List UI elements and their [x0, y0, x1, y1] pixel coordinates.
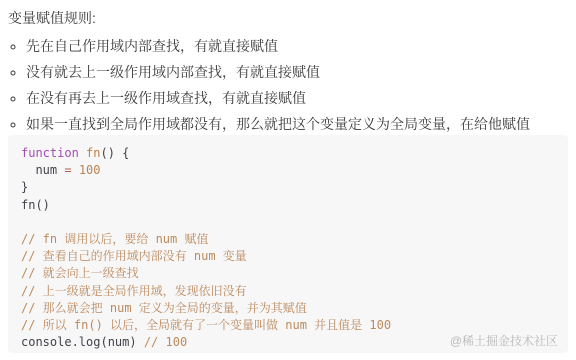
- code-token: fn: [86, 146, 100, 160]
- code-token: // 就会向上一级查找: [21, 266, 139, 280]
- code-token: =: [64, 163, 71, 177]
- code-token: () {: [100, 146, 129, 160]
- code-token: 100: [79, 163, 101, 177]
- code-line: // 查看自己的作用域内部没有 num 变量: [21, 248, 552, 265]
- list-item: 没有就去上一级作用域内部查找，有就直接赋值: [26, 63, 568, 81]
- code-line: num = 100: [21, 162, 552, 179]
- code-token: // 查看自己的作用域内部没有 num 变量: [21, 249, 247, 263]
- code-token: // 上一级就是全局作用域，发现依旧没有: [21, 284, 247, 298]
- code-token: // 那么就会把 num 定义为全局的变量，并为其赋值: [21, 301, 307, 315]
- code-token: fn(): [21, 198, 50, 212]
- code-line: [21, 214, 552, 231]
- list-item: 在没有再去上一级作用域查找，有就直接赋值: [26, 89, 568, 107]
- watermark: @稀土掘金技术社区: [450, 334, 558, 348]
- code-line: // 所以 fn() 以后，全局就有了一个变量叫做 num 并且值是 100: [21, 317, 552, 334]
- code-token: [72, 163, 79, 177]
- code-token: // 所以 fn() 以后，全局就有了一个变量叫做 num 并且值是 100: [21, 318, 391, 332]
- code-line: // 上一级就是全局作用域，发现依旧没有: [21, 283, 552, 300]
- code-token: console.log(num): [21, 335, 144, 349]
- code-token: // fn 调用以后，要给 num 赋值: [21, 232, 208, 246]
- code-line: // fn 调用以后，要给 num 赋值: [21, 231, 552, 248]
- code-line: function fn() {: [21, 145, 552, 162]
- code-token: // 100: [144, 335, 187, 349]
- article-page: 变量赋值规则: 先在自己作用域内部查找，有就直接赋值没有就去上一级作用域内部查找…: [0, 0, 576, 360]
- code-line: fn(): [21, 197, 552, 214]
- code-token: num: [21, 163, 64, 177]
- code-line: }: [21, 179, 552, 196]
- section-title: 变量赋值规则:: [8, 10, 568, 27]
- code-token: }: [21, 180, 28, 194]
- code-content: function fn() { num = 100}fn() // fn 调用以…: [21, 145, 552, 351]
- code-block: function fn() { num = 100}fn() // fn 调用以…: [8, 135, 568, 353]
- code-line: // 就会向上一级查找: [21, 265, 552, 282]
- rules-list: 先在自己作用域内部查找，有就直接赋值没有就去上一级作用域内部查找，有就直接赋值在…: [8, 37, 568, 133]
- code-token: [79, 146, 86, 160]
- list-item: 先在自己作用域内部查找，有就直接赋值: [26, 37, 568, 55]
- list-item: 如果一直找到全局作用域都没有，那么就把这个变量定义为全局变量，在给他赋值: [26, 115, 568, 133]
- code-line: // 那么就会把 num 定义为全局的变量，并为其赋值: [21, 300, 552, 317]
- code-token: function: [21, 146, 79, 160]
